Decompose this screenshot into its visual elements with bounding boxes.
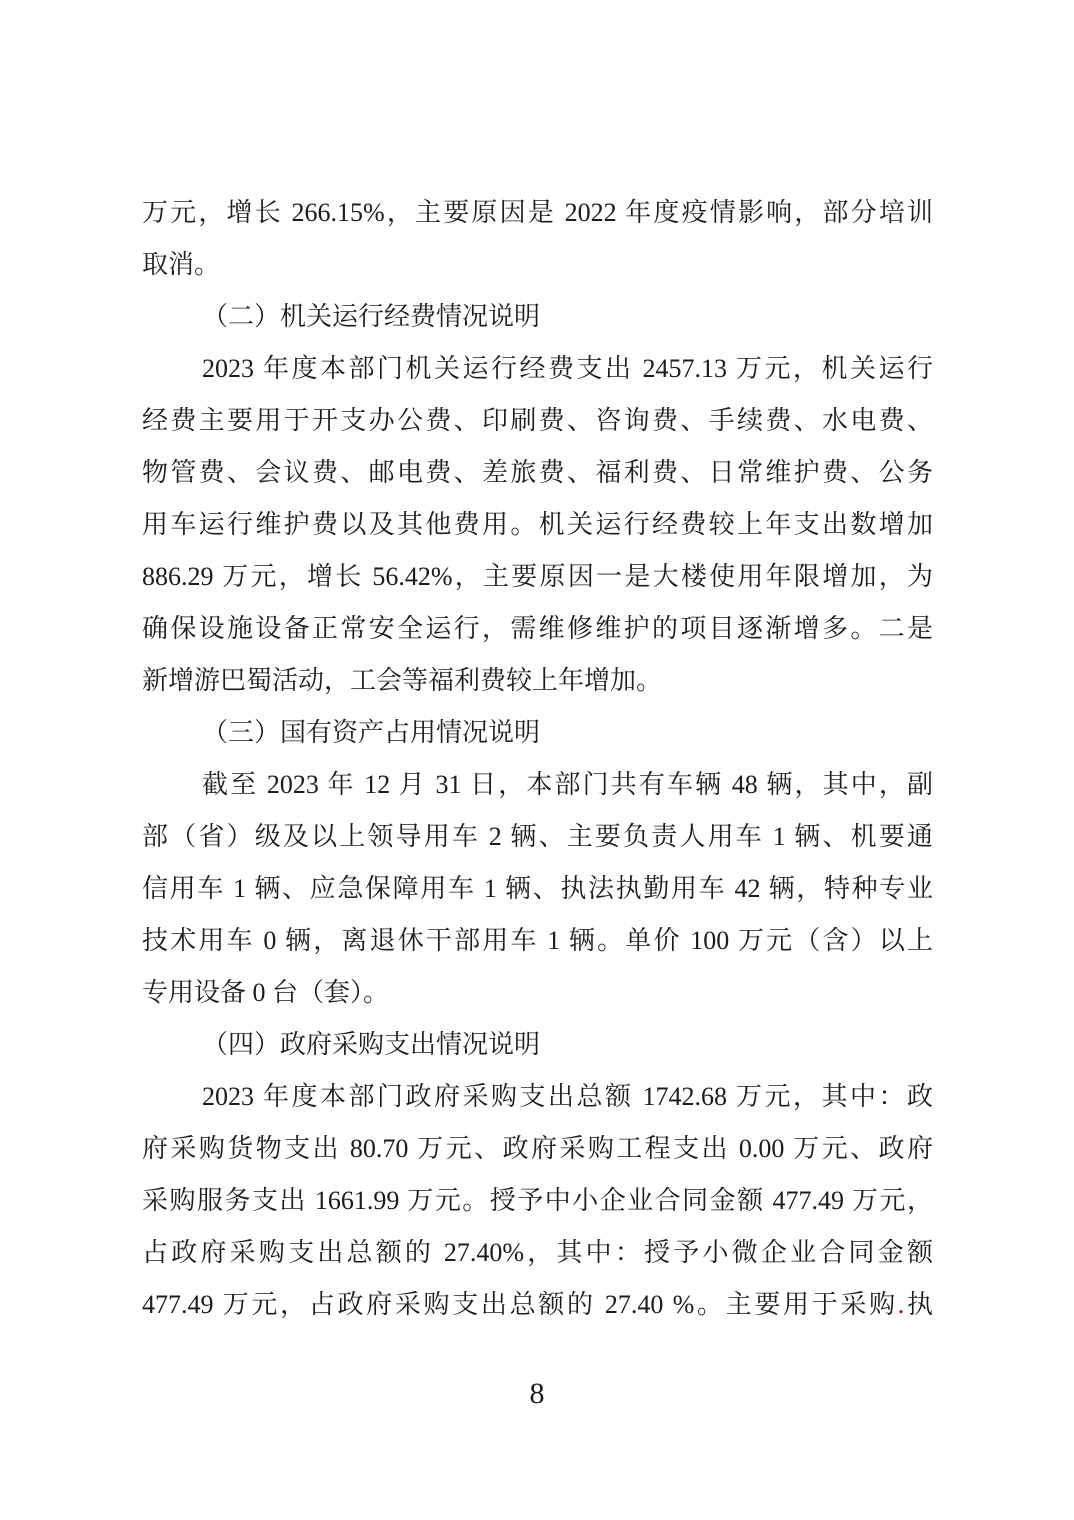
text-segment: 执 [904, 1290, 933, 1319]
text-line: 经费主要用于开支办公费、印刷费、咨询费、手续费、水电费、 [142, 395, 933, 447]
text-line: 府采购货物支出 80.70 万元、政府采购工程支出 0.00 万元、政府 [142, 1123, 933, 1175]
page-number: 8 [0, 1368, 1074, 1420]
heading-line: （四）政府采购支出情况说明 [142, 1019, 933, 1071]
section-heading-2: （二）机关运行经费情况说明 [142, 291, 933, 343]
document-page: 万元，增长 266.15%，主要原因是 2022 年度疫情影响，部分培训 取消。… [0, 0, 1074, 1520]
text-line: 专用设备 0 台（套）。 [142, 967, 933, 1019]
text-line: 确保设施设备正常安全运行，需维修维护的项目逐渐增多。二是 [142, 603, 933, 655]
heading-line: （二）机关运行经费情况说明 [142, 291, 933, 343]
text-line: 万元，增长 266.15%，主要原因是 2022 年度疫情影响，部分培训 [142, 187, 933, 239]
text-line: 新增游巴蜀活动，工会等福利费较上年增加。 [142, 655, 933, 707]
paragraph-continuation: 万元，增长 266.15%，主要原因是 2022 年度疫情影响，部分培训 取消。 [142, 187, 933, 291]
heading-line: （三）国有资产占用情况说明 [142, 707, 933, 759]
text-line: 477.49 万元，占政府采购支出总额的 27.40 %。主要用于采购.执 [142, 1279, 933, 1331]
document-body: 万元，增长 266.15%，主要原因是 2022 年度疫情影响，部分培训 取消。… [142, 187, 933, 1331]
paragraph-operating-expenses: 2023 年度本部门机关运行经费支出 2457.13 万元，机关运行 经费主要用… [142, 343, 933, 707]
paragraph-state-assets: 截至 2023 年 12 月 31 日，本部门共有车辆 48 辆，其中，副 部（… [142, 759, 933, 1019]
text-segment: 477.49 万元，占政府采购支出总额的 27.40 %。主要用于采购 [142, 1290, 898, 1319]
text-line: 886.29 万元，增长 56.42%，主要原因一是大楼使用年限增加，为 [142, 551, 933, 603]
text-line: 物管费、会议费、邮电费、差旅费、福利费、日常维护费、公务 [142, 447, 933, 499]
text-line: 用车运行维护费以及其他费用。机关运行经费较上年支出数增加 [142, 499, 933, 551]
text-line: 技术用车 0 辆，离退休干部用车 1 辆。单价 100 万元（含）以上 [142, 915, 933, 967]
paragraph-procurement: 2023 年度本部门政府采购支出总额 1742.68 万元，其中：政 府采购货物… [142, 1071, 933, 1331]
text-line: 信用车 1 辆、应急保障用车 1 辆、执法执勤用车 42 辆，特种专业 [142, 863, 933, 915]
text-line: 取消。 [142, 239, 933, 291]
section-heading-3: （三）国有资产占用情况说明 [142, 707, 933, 759]
text-line: 部（省）级及以上领导用车 2 辆、主要负责人用车 1 辆、机要通 [142, 811, 933, 863]
section-heading-4: （四）政府采购支出情况说明 [142, 1019, 933, 1071]
text-line: 占政府采购支出总额的 27.40%，其中：授予小微企业合同金额 [142, 1227, 933, 1279]
text-line: 2023 年度本部门机关运行经费支出 2457.13 万元，机关运行 [142, 343, 933, 395]
text-line: 截至 2023 年 12 月 31 日，本部门共有车辆 48 辆，其中，副 [142, 759, 933, 811]
text-line: 2023 年度本部门政府采购支出总额 1742.68 万元，其中：政 [142, 1071, 933, 1123]
text-line: 采购服务支出 1661.99 万元。授予中小企业合同金额 477.49 万元， [142, 1175, 933, 1227]
